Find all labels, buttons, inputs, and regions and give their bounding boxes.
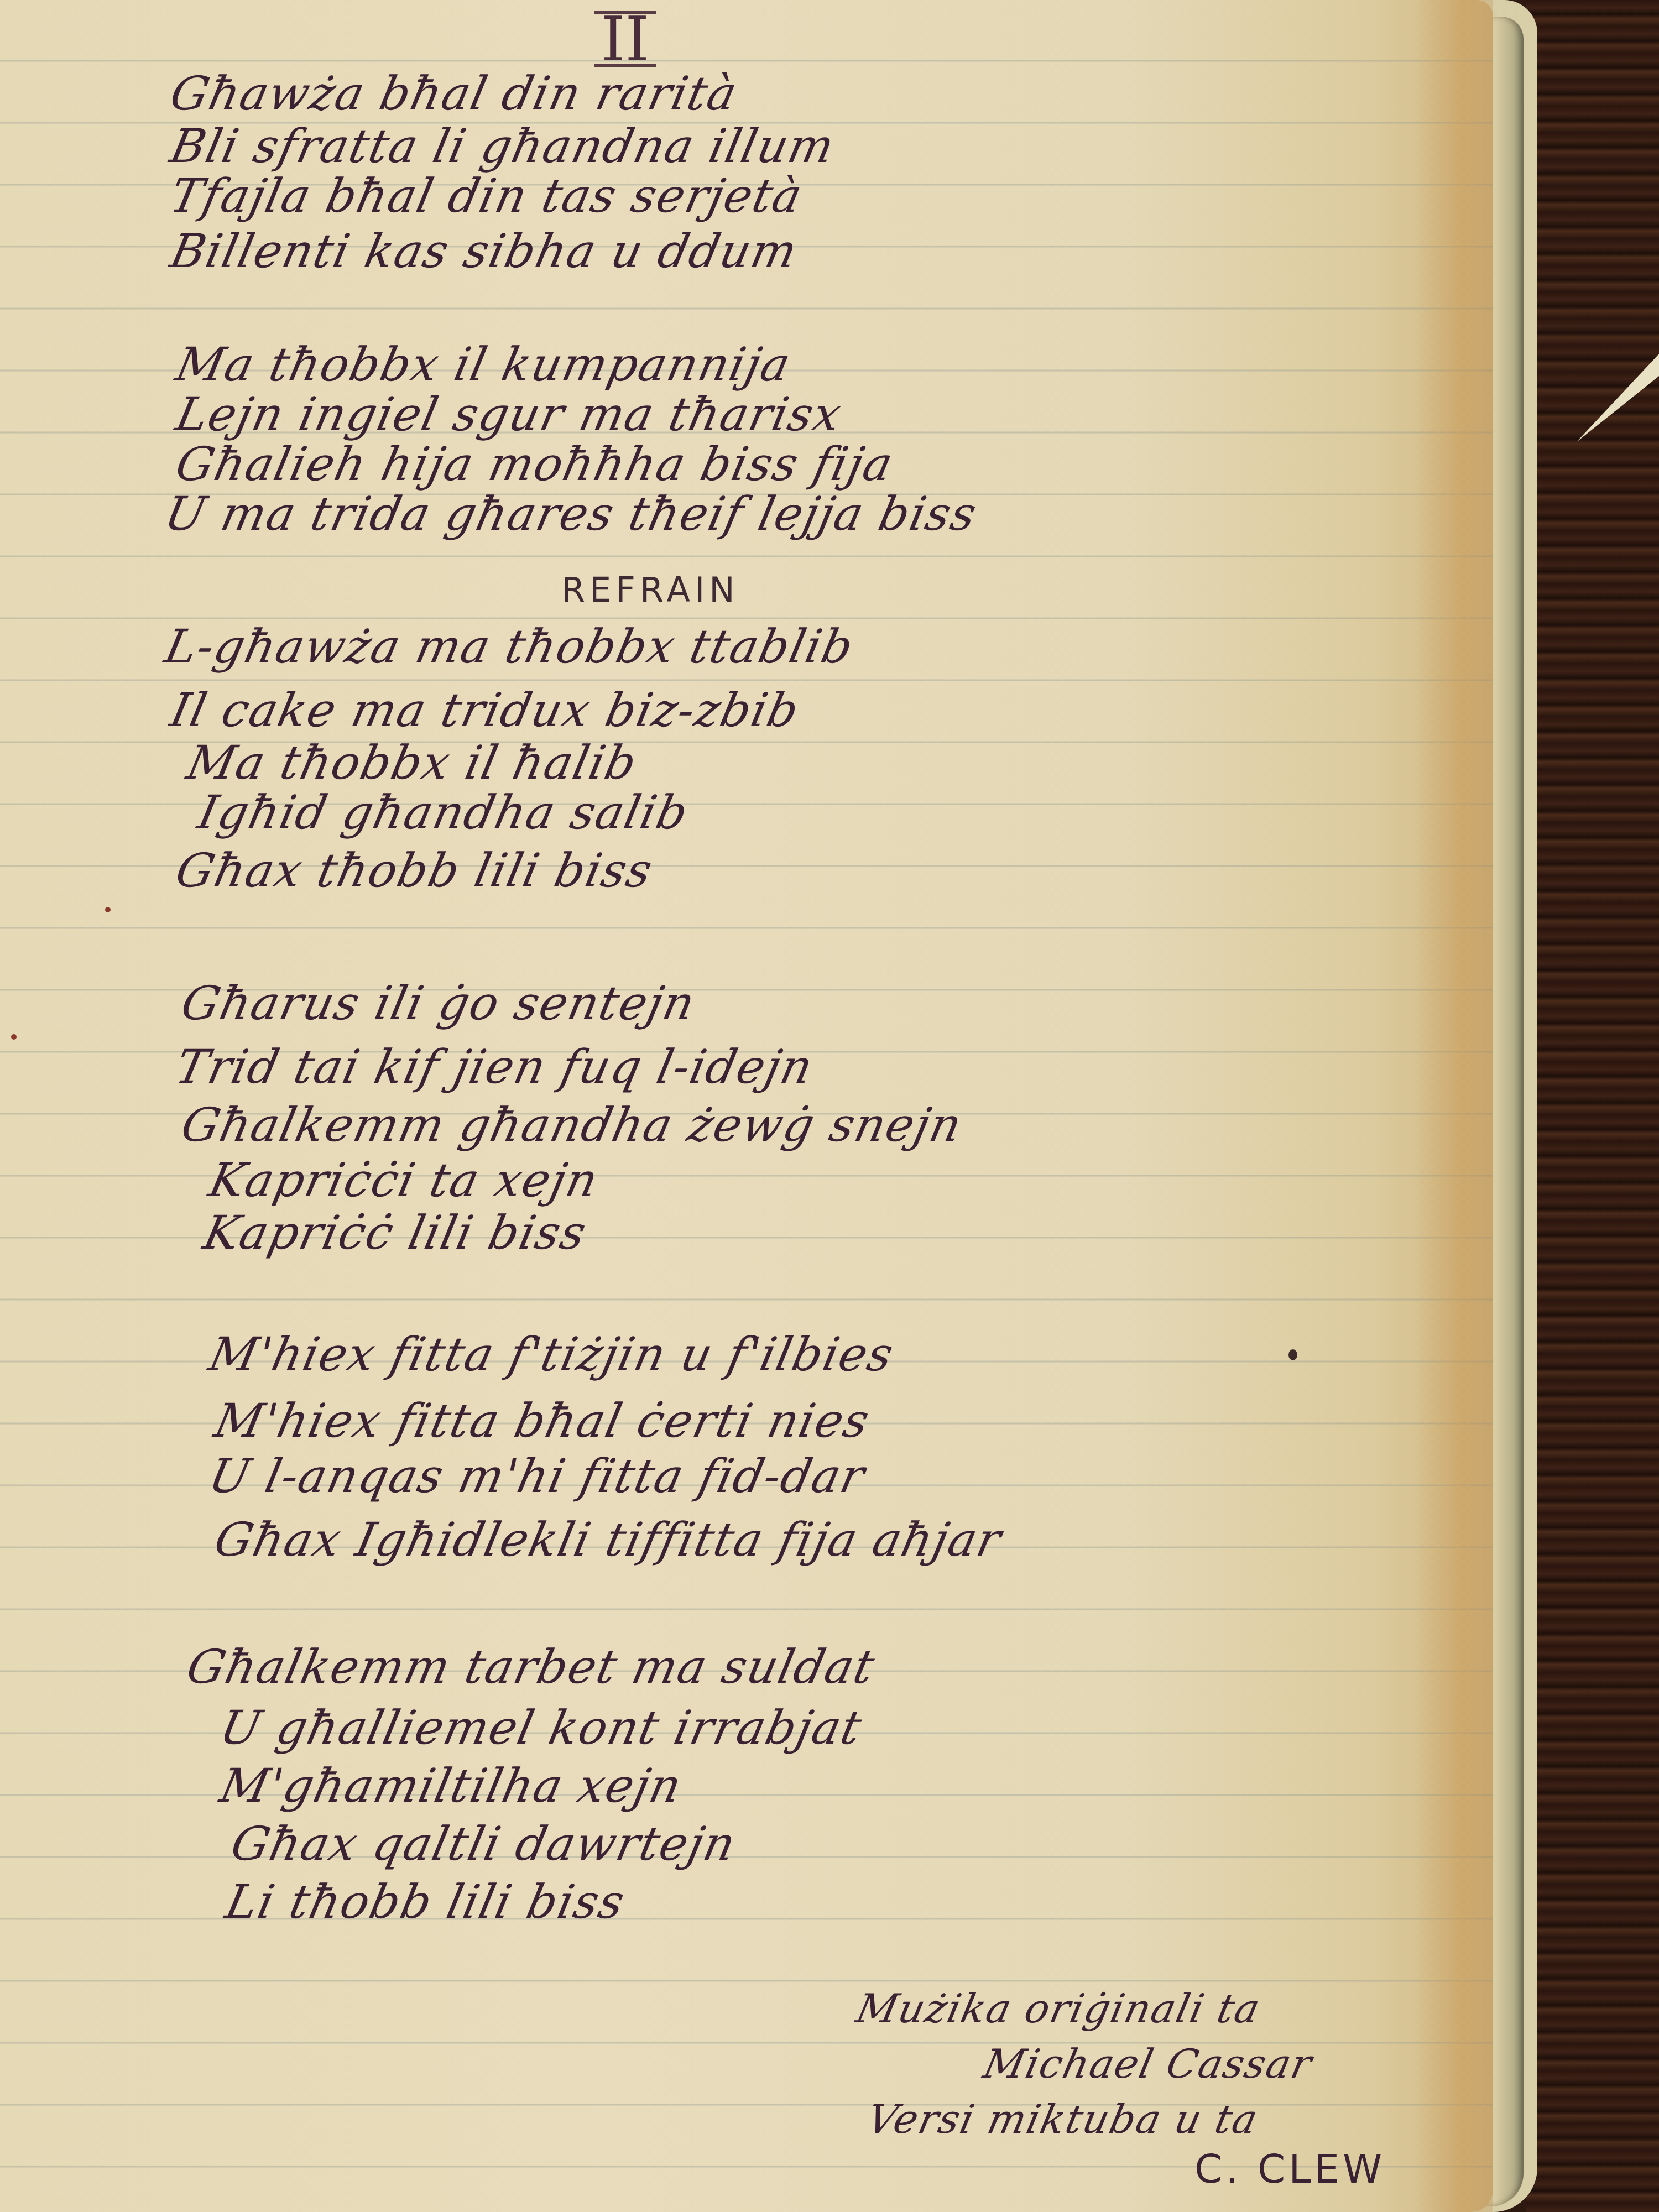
lyric-line: Għax Igħidlekli tiffitta fija aħjar (210, 1512, 1007, 1567)
lyric-line: Għax qaltli dawrtejn (227, 1817, 742, 1871)
lyric-line: U għalliemel kont irrabjat (216, 1700, 867, 1755)
refrain-line: Għax tħobb lili biss (171, 843, 658, 898)
refrain-line: Igħid għandha salib (194, 785, 694, 839)
refrain-line: L-għawża ma tħobbx ttablib (160, 619, 859, 674)
ink-spot (1288, 1349, 1297, 1360)
lyric-line: Għalieh hija moħħha biss fija (171, 437, 899, 491)
lyric-line: Għarus ili ġo sentejn (177, 976, 701, 1030)
wooden-table-background (1526, 0, 1659, 2212)
ink-spot (11, 1034, 17, 1040)
lyric-line: Lejn ingiel sgur ma tħarisx (171, 387, 847, 441)
lyric-line: M'għamiltilha xejn (216, 1759, 687, 1813)
lyric-line: Għalkemm għandha żewġ snejn (177, 1098, 968, 1152)
lyric-line: U l-anqas m'hi fitta fid-dar (205, 1449, 870, 1503)
refrain-line: Ma tħobbx il ħalib (182, 735, 643, 790)
lyric-line: M'hiex fitta bħal ċerti nies (210, 1394, 875, 1448)
lyric-line: U ma trida għares tħeif lejja biss (160, 487, 982, 541)
lyric-line: Bli sfratta li għandna illum (166, 119, 840, 173)
lyric-line: Kapriċċi ta xejn (205, 1153, 604, 1207)
credit-lyricist: C. CLEW (1194, 2146, 1385, 2192)
lyric-line: Li tħobb lili biss (221, 1875, 630, 1929)
page-stain (1416, 0, 1493, 2212)
ink-spot (105, 907, 111, 912)
lyric-line: M'hiex fitta f'tiżjin u f'ilbies (205, 1327, 899, 1381)
lyric-line: Tfajla bħal din tas serjetà (166, 169, 808, 223)
section-number: II (594, 11, 656, 67)
lyric-line: Għawża bħal din rarità (166, 66, 743, 121)
lyric-line: Trid tai kif jien fuq l-idejn (171, 1040, 818, 1094)
lyric-line: Kapriċċ lili biss (199, 1206, 592, 1260)
credit-music-label: Mużika oriġinali ta (852, 1985, 1265, 2032)
lyric-line: Għalkemm tarbet ma suldat (182, 1640, 880, 1694)
refrain-heading: REFRAIN (561, 570, 739, 610)
lyric-line: Ma tħobbx il kumpannija (171, 337, 796, 392)
lyric-line: Billenti kas sibha u ddum (166, 224, 803, 278)
credit-composer: Michael Cassar (979, 2041, 1317, 2087)
notebook-page: II Għawża bħal din rarità Bli sfratta li… (0, 0, 1493, 2212)
credit-lyrics-label: Versi miktuba u ta (863, 2096, 1262, 2142)
refrain-line: Il cake ma tridux biz-zbib (166, 683, 805, 737)
